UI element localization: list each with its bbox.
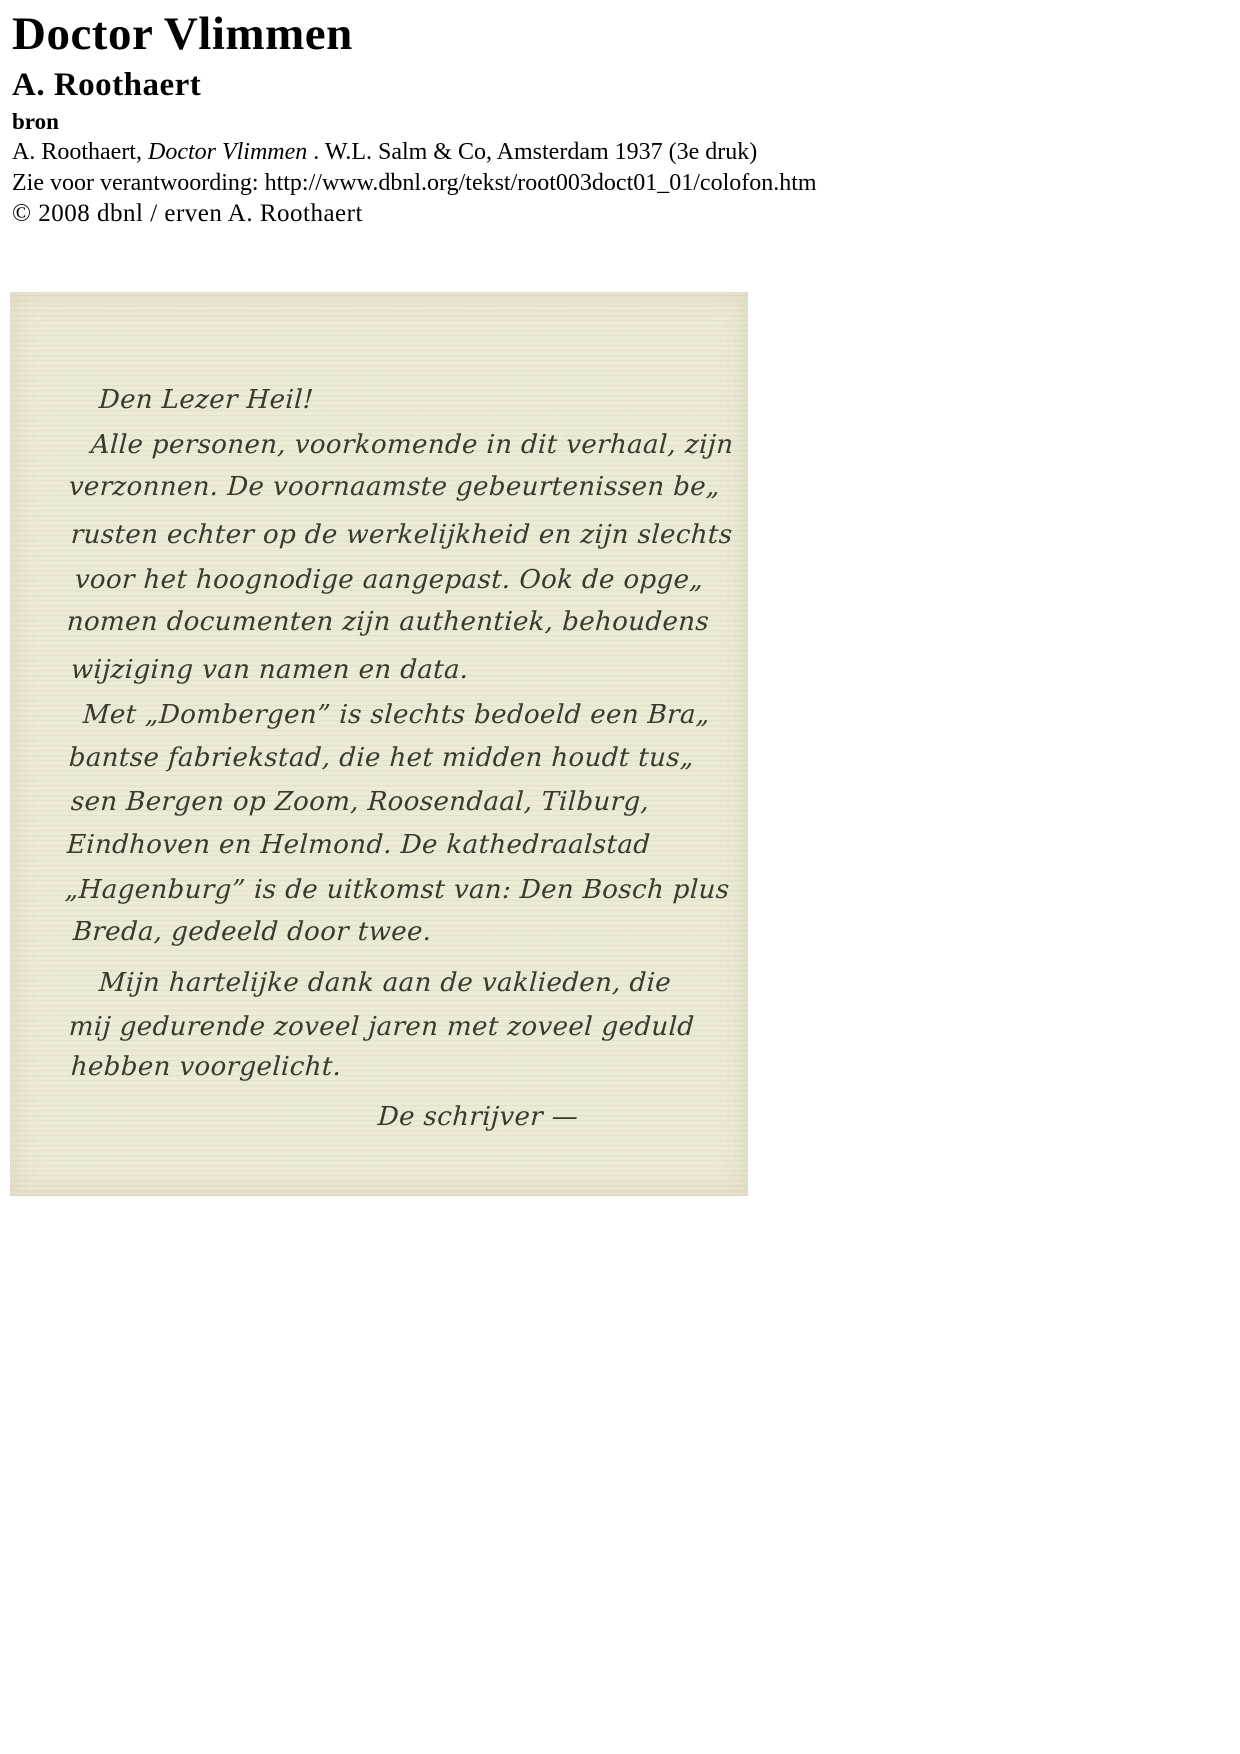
letter-line: nomen documenten zijn authentiek, behoud… — [66, 605, 710, 639]
letter-line: voor het hoognodige aangepast. Ook de op… — [74, 563, 704, 597]
verantwoording-line: Zie voor verantwoording: http://www.dbnl… — [12, 169, 1112, 198]
citation-post: . W.L. Salm & Co, Amsterdam 1937 (3e dru… — [307, 139, 757, 165]
letter-line: sen Bergen op Zoom, Roosendaal, Tilburg, — [70, 785, 650, 819]
letter-line: Mijn hartelijke dank aan de vaklieden, d… — [98, 966, 672, 1000]
letter-line: Met „Dombergen” is slechts bedoeld een B… — [82, 698, 711, 732]
citation-book-title: Doctor Vlimmen — [148, 139, 307, 165]
letter-line: bantse fabriekstad, die het midden houdt… — [68, 741, 695, 775]
page-title: Doctor Vlimmen — [12, 6, 1112, 62]
letter-line: wijziging van namen en data. — [70, 653, 470, 687]
letter-signature: De schrijver — — [377, 1100, 579, 1134]
letter-line: Breda, gedeeld door twee. — [72, 915, 432, 949]
letter-line: rusten echter op de werkelijkheid en zij… — [70, 518, 733, 552]
letter-line: verzonnen. De voornaamste gebeurtenissen… — [68, 470, 721, 504]
letter-line: mij gedurende zoveel jaren met zoveel ge… — [68, 1010, 695, 1044]
letter-line: Alle personen, voorkomende in dit verhaa… — [90, 428, 734, 462]
citation-pre: A. Roothaert, — [12, 139, 148, 165]
letter-line: Eindhoven en Helmond. De kathedraalstad — [66, 828, 651, 862]
letter-line: Den Lezer Heil! — [98, 383, 315, 417]
bron-label: bron — [12, 108, 1112, 136]
author-name: A. Roothaert — [12, 66, 1112, 104]
header: Doctor Vlimmen A. Roothaert bron A. Root… — [12, 6, 1112, 229]
citation-line: A. Roothaert, Doctor Vlimmen . W.L. Salm… — [12, 138, 1112, 167]
page: Doctor Vlimmen A. Roothaert bron A. Root… — [0, 0, 1240, 1754]
copyright-line: © 2008 dbnl / erven A. Roothaert — [12, 199, 1112, 229]
letter-line: „Hagenburg” is de uitkomst van: Den Bosc… — [64, 873, 730, 907]
letter-line: hebben voorgelicht. — [70, 1050, 342, 1084]
letter-scan: Den Lezer Heil! Alle personen, voorkomen… — [10, 292, 748, 1196]
